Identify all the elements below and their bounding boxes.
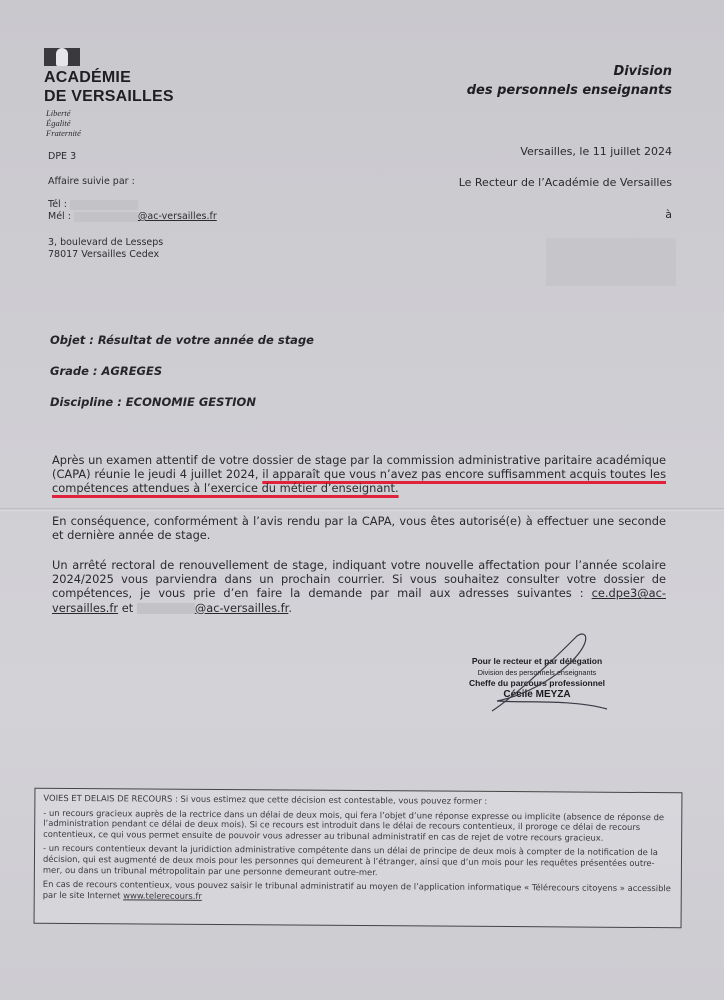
appeal-item-contentieux: - un recours contentieux devant la jurid… <box>43 843 673 879</box>
subject-grade: Grade : AGREGES <box>50 364 162 378</box>
letter-page: ACADÉMIE DE VERSAILLES Liberté Égalité F… <box>0 0 724 1000</box>
appeal-intro: : Si vous estimez que cette décision est… <box>172 794 487 806</box>
telerecours-link[interactable]: www.telerecours.fr <box>123 890 202 901</box>
p3-end: . <box>288 601 292 615</box>
marianne-flag-icon <box>44 48 80 66</box>
email-link-2[interactable]: @ac-versailles.fr <box>195 601 289 615</box>
division-line2: des personnels enseignants <box>467 81 672 100</box>
subject-objet: Objet : Résultat de votre année de stage <box>50 333 314 347</box>
republic-motto: Liberté Égalité Fraternité <box>46 108 81 138</box>
motto-fraternite: Fraternité <box>46 128 81 138</box>
appeal-title: VOIES ET DELAIS DE RECOURS <box>43 793 172 804</box>
paragraph-3: Un arrêté rectoral de renouvellement de … <box>52 558 666 615</box>
redacted-mail <box>74 212 138 222</box>
motto-egalite: Égalité <box>46 118 81 128</box>
motto-liberte: Liberté <box>46 108 81 118</box>
mail-link[interactable]: @ac-versailles.fr <box>138 211 217 222</box>
paragraph-1: Après un examen attentif de votre dossie… <box>52 453 666 496</box>
address-line2: 78017 Versailles Cedex <box>48 249 163 261</box>
division-title: Division des personnels enseignants <box>467 62 672 100</box>
mail-label: Mél : <box>48 211 74 222</box>
redacted-phone <box>70 200 138 210</box>
place-date: Versailles, le 11 juillet 2024 <box>520 145 672 158</box>
tel-label: Tél : <box>48 199 70 210</box>
subject-discipline: Discipline : ECONOMIE GESTION <box>50 395 256 409</box>
service-code: DPE 3 <box>48 151 76 163</box>
p3-text: Un arrêté rectoral de renouvellement de … <box>52 558 666 600</box>
redacted-recipient <box>546 238 676 286</box>
followed-by-label: Affaire suivie par : <box>48 176 135 188</box>
address: 3, boulevard de Lesseps 78017 Versailles… <box>48 237 163 261</box>
paper-fold <box>0 508 724 511</box>
paragraph-2: En conséquence, conformément à l’avis re… <box>52 514 666 542</box>
signature-scribble-icon <box>462 631 612 721</box>
signature-block: Pour le recteur et par délégation Divisi… <box>462 656 612 700</box>
institution-name: ACADÉMIE DE VERSAILLES <box>44 68 174 106</box>
sender: Le Recteur de l’Académie de Versailles <box>459 176 672 189</box>
mail-line: Mél : @ac-versailles.fr <box>48 211 217 223</box>
address-line1: 3, boulevard de Lesseps <box>48 237 163 249</box>
tel-line: Tél : <box>48 199 138 211</box>
p3-and: et <box>118 601 137 615</box>
redacted-email <box>137 603 195 614</box>
appeal-item-gracieux: - un recours gracieux auprès de la rectr… <box>43 807 673 843</box>
appeal-notice-box: VOIES ET DELAIS DE RECOURS : Si vous est… <box>34 788 683 929</box>
to-label: à <box>665 208 672 221</box>
institution-line2: DE VERSAILLES <box>44 87 174 106</box>
institution-line1: ACADÉMIE <box>44 68 174 87</box>
division-line1: Division <box>467 62 672 81</box>
